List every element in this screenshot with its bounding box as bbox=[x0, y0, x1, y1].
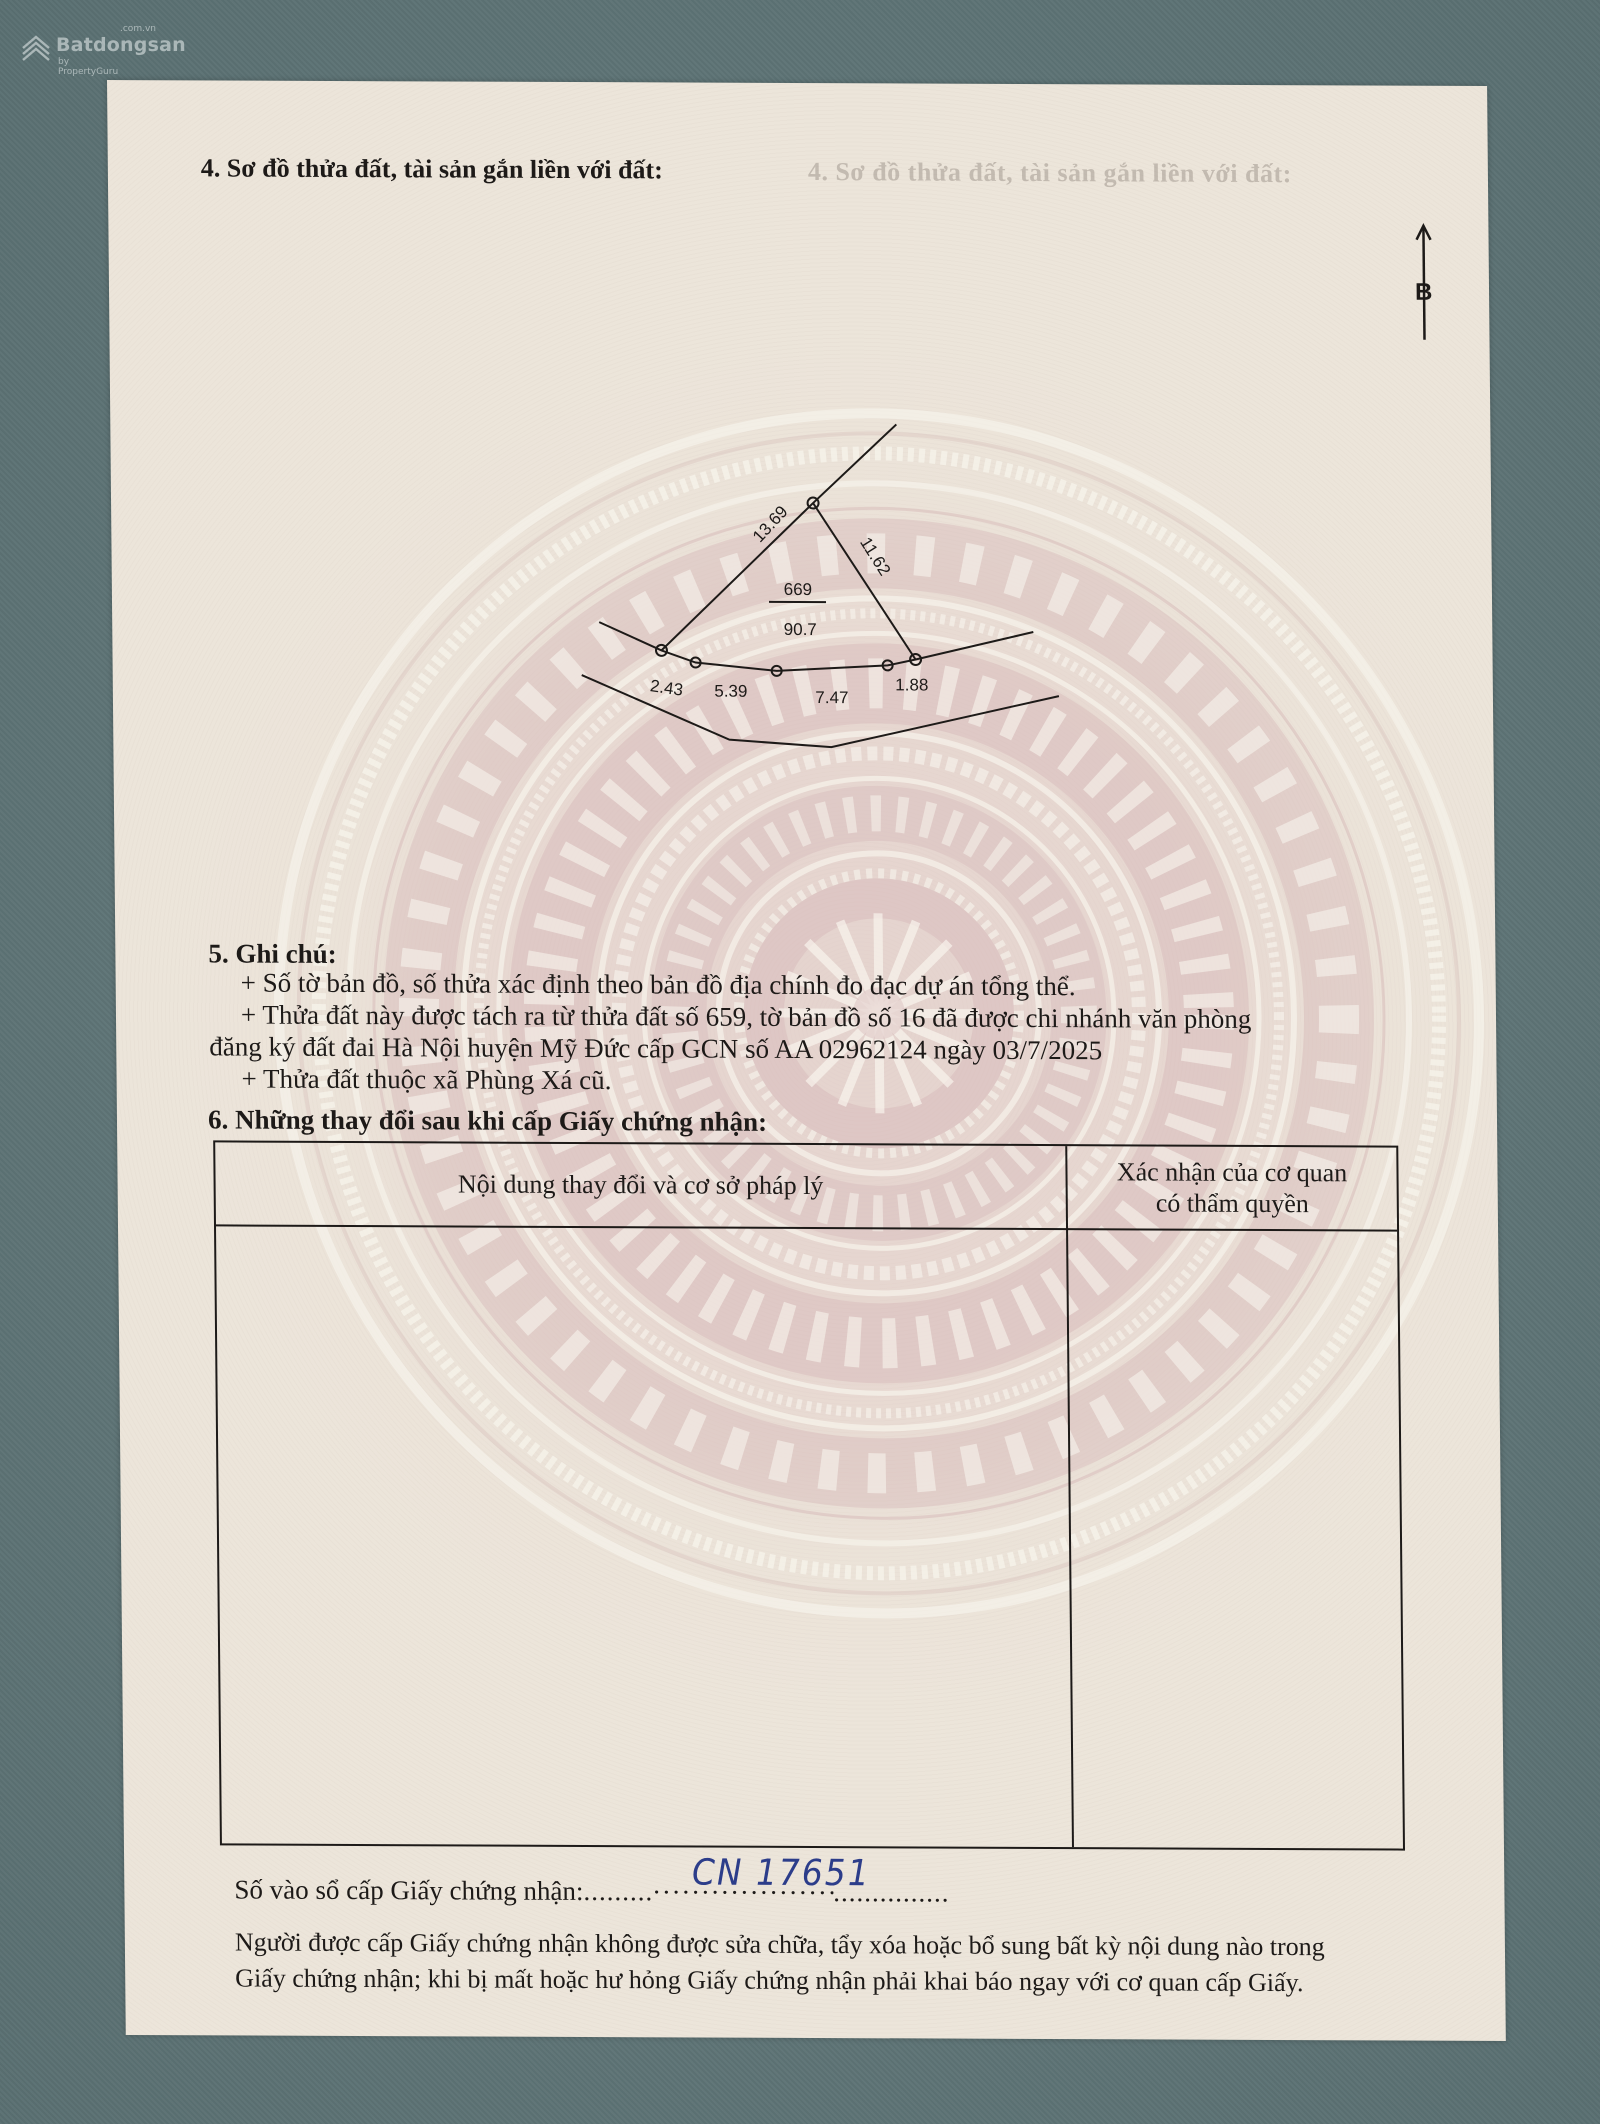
edge-label-south-4: 1.88 bbox=[895, 675, 928, 694]
table-cell-confirmation-empty bbox=[1068, 1230, 1403, 1848]
table-cell-content-empty bbox=[216, 1226, 1072, 1847]
table-header-content: Nội dung thay đổi và cơ sở pháp lý bbox=[215, 1142, 1066, 1228]
boundary-east-line bbox=[813, 503, 916, 659]
boundary-north-line bbox=[659, 423, 898, 651]
parcel-area: 90.7 bbox=[784, 620, 817, 639]
registration-dots-before: ......... bbox=[583, 1876, 653, 1906]
watermark-brand: Batdongsan bbox=[56, 34, 186, 56]
table-header-confirmation: Xác nhận của cơ quan có thẩm quyền bbox=[1067, 1146, 1397, 1229]
changes-table: Nội dung thay đổi và cơ sở pháp lý Xác n… bbox=[213, 1140, 1405, 1850]
parcel-number: 669 bbox=[784, 580, 813, 599]
note-line-1: + Số tờ bản đồ, số thửa xác định theo bả… bbox=[241, 968, 1076, 1003]
edge-label-south-3: 7.47 bbox=[815, 688, 848, 707]
table-header-confirmation-line1: Xác nhận của cơ quan bbox=[1117, 1156, 1348, 1188]
table-header-content-label: Nội dung thay đổi và cơ sở pháp lý bbox=[458, 1169, 824, 1201]
registration-number-handwritten: CN 17651 bbox=[692, 1852, 871, 1894]
section-5-heading: 5. Ghi chú: bbox=[208, 938, 337, 970]
certificate-page: 4. Sơ đồ thửa đất, tài sản gắn liền với … bbox=[107, 80, 1506, 2041]
note-line-4: + Thửa đất thuộc xã Phùng Xá cũ. bbox=[241, 1064, 611, 1097]
edge-label-northwest: 13.69 bbox=[749, 502, 792, 546]
edge-label-northeast: 11.62 bbox=[856, 534, 894, 579]
table-header-confirmation-line2: có thẩm quyền bbox=[1156, 1188, 1309, 1220]
house-logo-icon bbox=[20, 34, 52, 64]
edge-label-south-1: 2.43 bbox=[649, 676, 684, 700]
registration-label: Số vào sổ cấp Giấy chứng nhận: bbox=[234, 1874, 583, 1906]
warning-line-2: Giấy chứng nhận; khi bị mất hoặc hư hỏng… bbox=[235, 1960, 1304, 2001]
land-parcel-diagram: 669 90.7 13.69 11.62 2.43 5.39 7.47 1.88 bbox=[107, 80, 1495, 886]
edge-label-south-2: 5.39 bbox=[714, 682, 747, 701]
watermark-domain: .com.vn bbox=[120, 24, 156, 34]
warning-line-1: Người được cấp Giấy chứng nhận không đượ… bbox=[235, 1924, 1325, 1965]
section-6-heading: 6. Những thay đổi sau khi cấp Giấy chứng… bbox=[208, 1104, 767, 1137]
note-line-3: đăng ký đất đai Hà Nội huyện Mỹ Đức cấp … bbox=[209, 1031, 1102, 1066]
note-line-2: + Thửa đất này được tách ra từ thửa đất … bbox=[241, 1000, 1252, 1035]
watermark-tagline: by PropertyGuru bbox=[58, 57, 118, 77]
